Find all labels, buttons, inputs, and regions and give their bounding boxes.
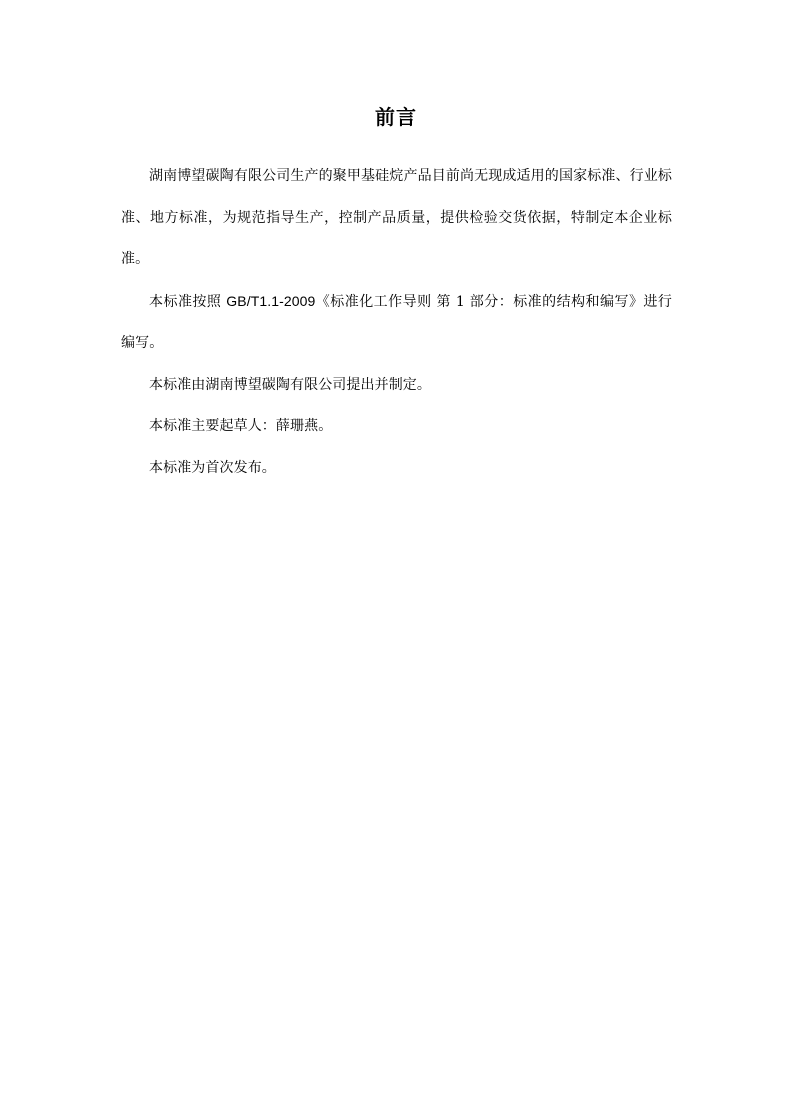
paragraph-drafter: 本标准主要起草人：薛珊燕。: [121, 406, 672, 448]
document-page: 前言 湖南博望碳陶有限公司生产的聚甲基硅烷产品目前尚无现成适用的国家标准、行业标…: [0, 0, 792, 1120]
paragraph-first-release: 本标准为首次发布。: [121, 448, 672, 490]
paragraph-proposer: 本标准由湖南博望碳陶有限公司提出并制定。: [121, 365, 672, 407]
standard-code: GB/T1.1-2009: [226, 293, 315, 309]
paragraph-background: 湖南博望碳陶有限公司生产的聚甲基硅烷产品目前尚无现成适用的国家标准、行业标准、地…: [121, 156, 672, 281]
paragraph-drafting-rules: 本标准按照 GB/T1.1-2009《标准化工作导则 第 1 部分：标准的结构和…: [121, 281, 672, 365]
page-title: 前言: [0, 103, 792, 131]
document-body: 湖南博望碳陶有限公司生产的聚甲基硅烷产品目前尚无现成适用的国家标准、行业标准、地…: [121, 156, 672, 489]
paragraph-drafting-rules-prefix: 本标准按照: [149, 294, 226, 310]
